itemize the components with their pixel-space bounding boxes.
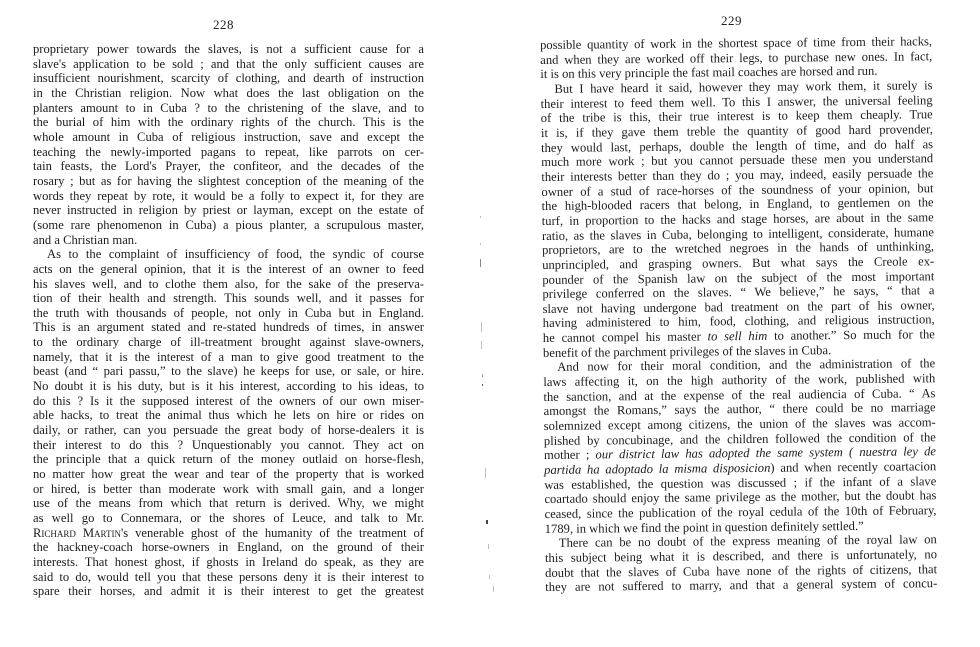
text-line: slave's application to be sold ; and tha… xyxy=(33,57,424,72)
right-page-text: possible quantity of work in the shortes… xyxy=(540,34,937,595)
text-line: never instructed in religion by priest o… xyxy=(33,203,424,218)
text-line: they are not suffered to marry, and that… xyxy=(545,576,937,594)
page-number-right: 229 xyxy=(721,13,742,29)
page-number-left: 228 xyxy=(213,17,234,33)
text-line: As to the complaint of insufficiency of … xyxy=(33,247,424,262)
text-line: as well go to Connemara, or the shores o… xyxy=(33,511,424,526)
text-line: (some rare phenomenon in Cuba) a pious p… xyxy=(33,218,424,233)
text-line: Richard Martin's venerable ghost of the … xyxy=(33,526,424,541)
small-caps-name: Richard Martin xyxy=(33,526,121,540)
text-line: No doubt it is his duty, but is it his i… xyxy=(33,379,424,394)
text-line: tion of their health and strength. This … xyxy=(33,291,424,306)
text-line: spare their horses, and admit it is thei… xyxy=(33,584,424,599)
text-line: the truth with thousands of people, not … xyxy=(33,306,424,321)
text-line: to the ordinary charge of ill-treatment … xyxy=(33,335,424,350)
text-line: the principle that a quick return of the… xyxy=(33,452,424,467)
text-line: and a Christian man. xyxy=(33,233,424,248)
text-line: proprietary power towards the slaves, is… xyxy=(33,42,424,57)
italic-text: to sell him xyxy=(707,329,767,344)
text-line: acts on the general opinion, that it is … xyxy=(33,262,424,277)
text-line: their interest to do this ? Unquestionab… xyxy=(33,438,424,453)
italic-text: partida ha adoptado la misma disposicion xyxy=(544,461,770,477)
right-page: 229 possible quantity of work in the sho… xyxy=(490,0,980,647)
left-page-text: proprietary power towards the slaves, is… xyxy=(33,42,424,599)
text-line: said to do, would tell you that these pe… xyxy=(33,570,424,585)
text-line: teaching the newly-imported pagans to re… xyxy=(33,145,424,160)
text-line: beast (and “ pari passu,” to the slave) … xyxy=(33,364,424,379)
text-line: able hacks, to treat the animal thus whi… xyxy=(33,408,424,423)
text-line: interests. That honest ghost, if ghosts … xyxy=(33,555,424,570)
text-line: planters amount to in Cuba ? to the chri… xyxy=(33,101,424,116)
text-line: daily, or rather, can you persuade the g… xyxy=(33,423,424,438)
text-line: whole amount in Cuba of religious instru… xyxy=(33,130,424,145)
left-page: 228 proprietary power towards the slaves… xyxy=(0,0,490,647)
text-line: the hackney-coach horse-owners in Englan… xyxy=(33,540,424,555)
text-line: in the Christian religion. Now what does… xyxy=(33,86,424,101)
text-line: the burial of him with the ordinary righ… xyxy=(33,115,424,130)
text-line: his slaves well, and to clothe them also… xyxy=(33,277,424,292)
text-line: This is an argument stated and re-stated… xyxy=(33,320,424,335)
text-line: or hired, is better than moderate work w… xyxy=(33,482,424,497)
text-line: no matter how great the wear and tear of… xyxy=(33,467,424,482)
text-line: words they repeat by rote, it would be a… xyxy=(33,189,424,204)
text-line: tain feasts, the Lord's Prayer, the conf… xyxy=(33,159,424,174)
text-line: rosary ; but as for having the slightest… xyxy=(33,174,424,189)
text-line: insufficient nourishment, scarcity of cl… xyxy=(33,71,424,86)
text-line: namely, that it is the interest of a man… xyxy=(33,350,424,365)
text-line: use of the means from which that return … xyxy=(33,496,424,511)
text-line: do this ? Is it the supposed interest of… xyxy=(33,394,424,409)
